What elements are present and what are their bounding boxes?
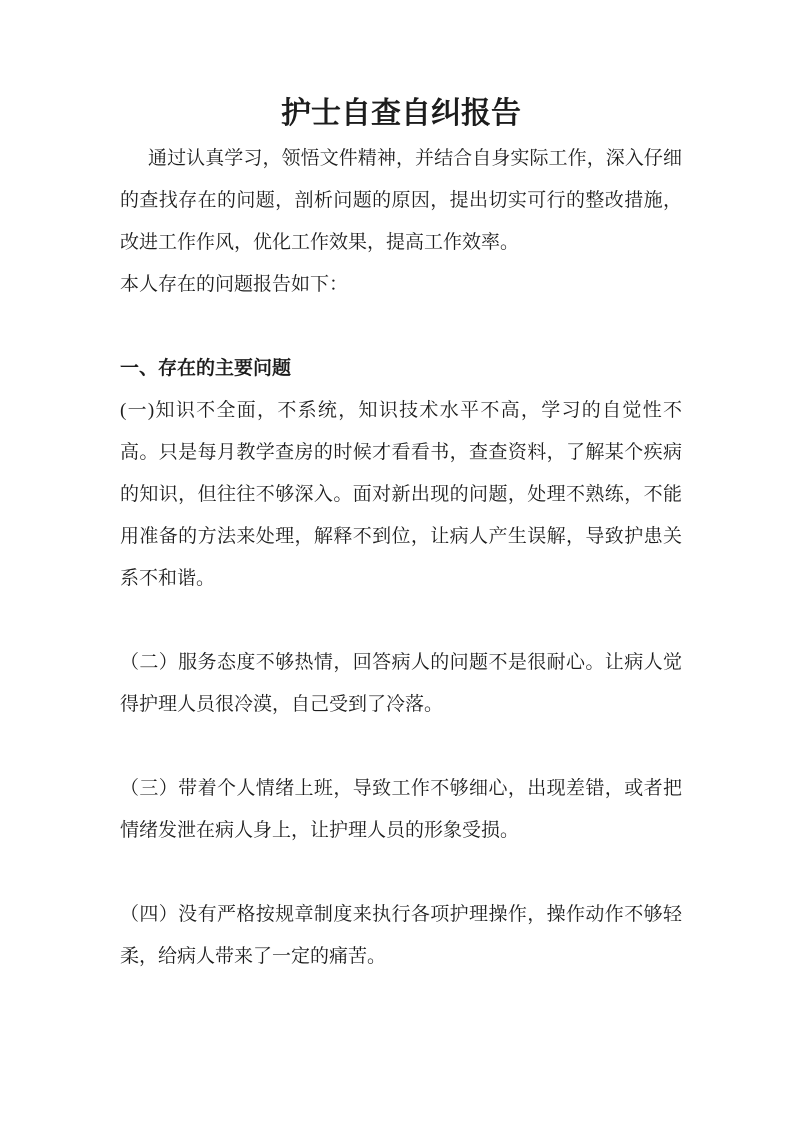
problem-item-4: （四）没有严格按规章制度来执行各项护理操作，操作动作不够轻柔，给病人带来了一定的…: [120, 894, 682, 978]
problem-item-1: (一)知识不全面，不系统，知识技术水平不高，学习的自觉性不高。只是每月教学查房的…: [120, 390, 682, 600]
intro-paragraph: 通过认真学习，领悟文件精神，并结合自身实际工作，深入仔细的查找存在的问题，剖析问…: [120, 138, 682, 264]
section-heading-main-problems: 一、存在的主要问题: [120, 348, 682, 390]
report-title: 护士自查自纠报告: [120, 90, 682, 138]
document-page: 护士自查自纠报告 通过认真学习，领悟文件精神，并结合自身实际工作，深入仔细的查找…: [0, 0, 800, 1132]
problem-item-2: （二）服务态度不够热情，回答病人的问题不是很耐心。让病人觉得护理人员很冷漠，自己…: [120, 642, 682, 726]
problem-item-3: （三）带着个人情绪上班，导致工作不够细心，出现差错，或者把情绪发泄在病人身上，让…: [120, 768, 682, 852]
problems-intro-line: 本人存在的问题报告如下：: [120, 264, 682, 306]
